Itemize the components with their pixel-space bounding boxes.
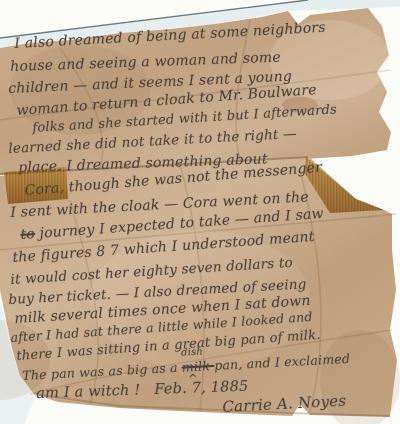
scanned-letter: I also dreamed of being at some neighbor… <box>0 0 400 424</box>
struck-word: milk dish ^ <box>181 358 214 375</box>
letter-date: Feb. 7, 1885 <box>154 379 249 398</box>
inserted-word: dish <box>181 347 204 359</box>
